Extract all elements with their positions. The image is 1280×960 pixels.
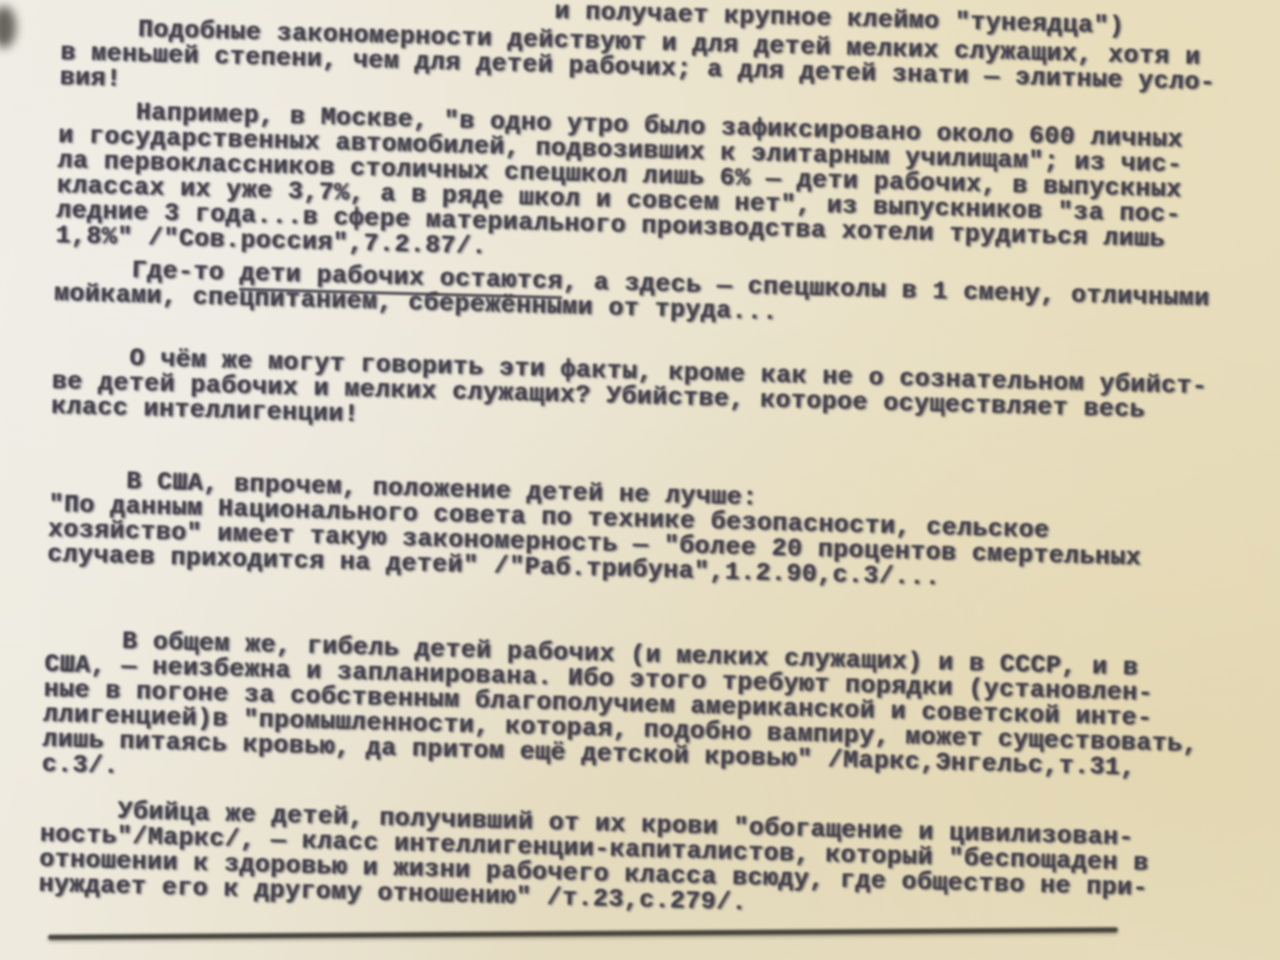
document-text: и получает крупное клеймо "тунеядца") По… — [38, 0, 1266, 928]
text-segment: вия! — [59, 63, 121, 94]
document-photo: и получает крупное клеймо "тунеядца") По… — [0, 0, 1280, 960]
corner-ink-smudge — [0, 6, 16, 48]
paragraph: В США, впрочем, положение детей не лучше… — [47, 467, 1254, 599]
paragraph: Убийца же детей, получивший от их крови … — [38, 797, 1245, 929]
paragraph: В общем же, гибель детей рабочих (и мелк… — [41, 627, 1250, 808]
text-segment: с.3/. — [41, 750, 119, 781]
footnote-rule — [48, 927, 1118, 939]
paragraph: Например, в Москве, "в одно утро было за… — [55, 98, 1264, 279]
paragraph: О чём же могут говорить эти факты, кроме… — [51, 344, 1258, 451]
